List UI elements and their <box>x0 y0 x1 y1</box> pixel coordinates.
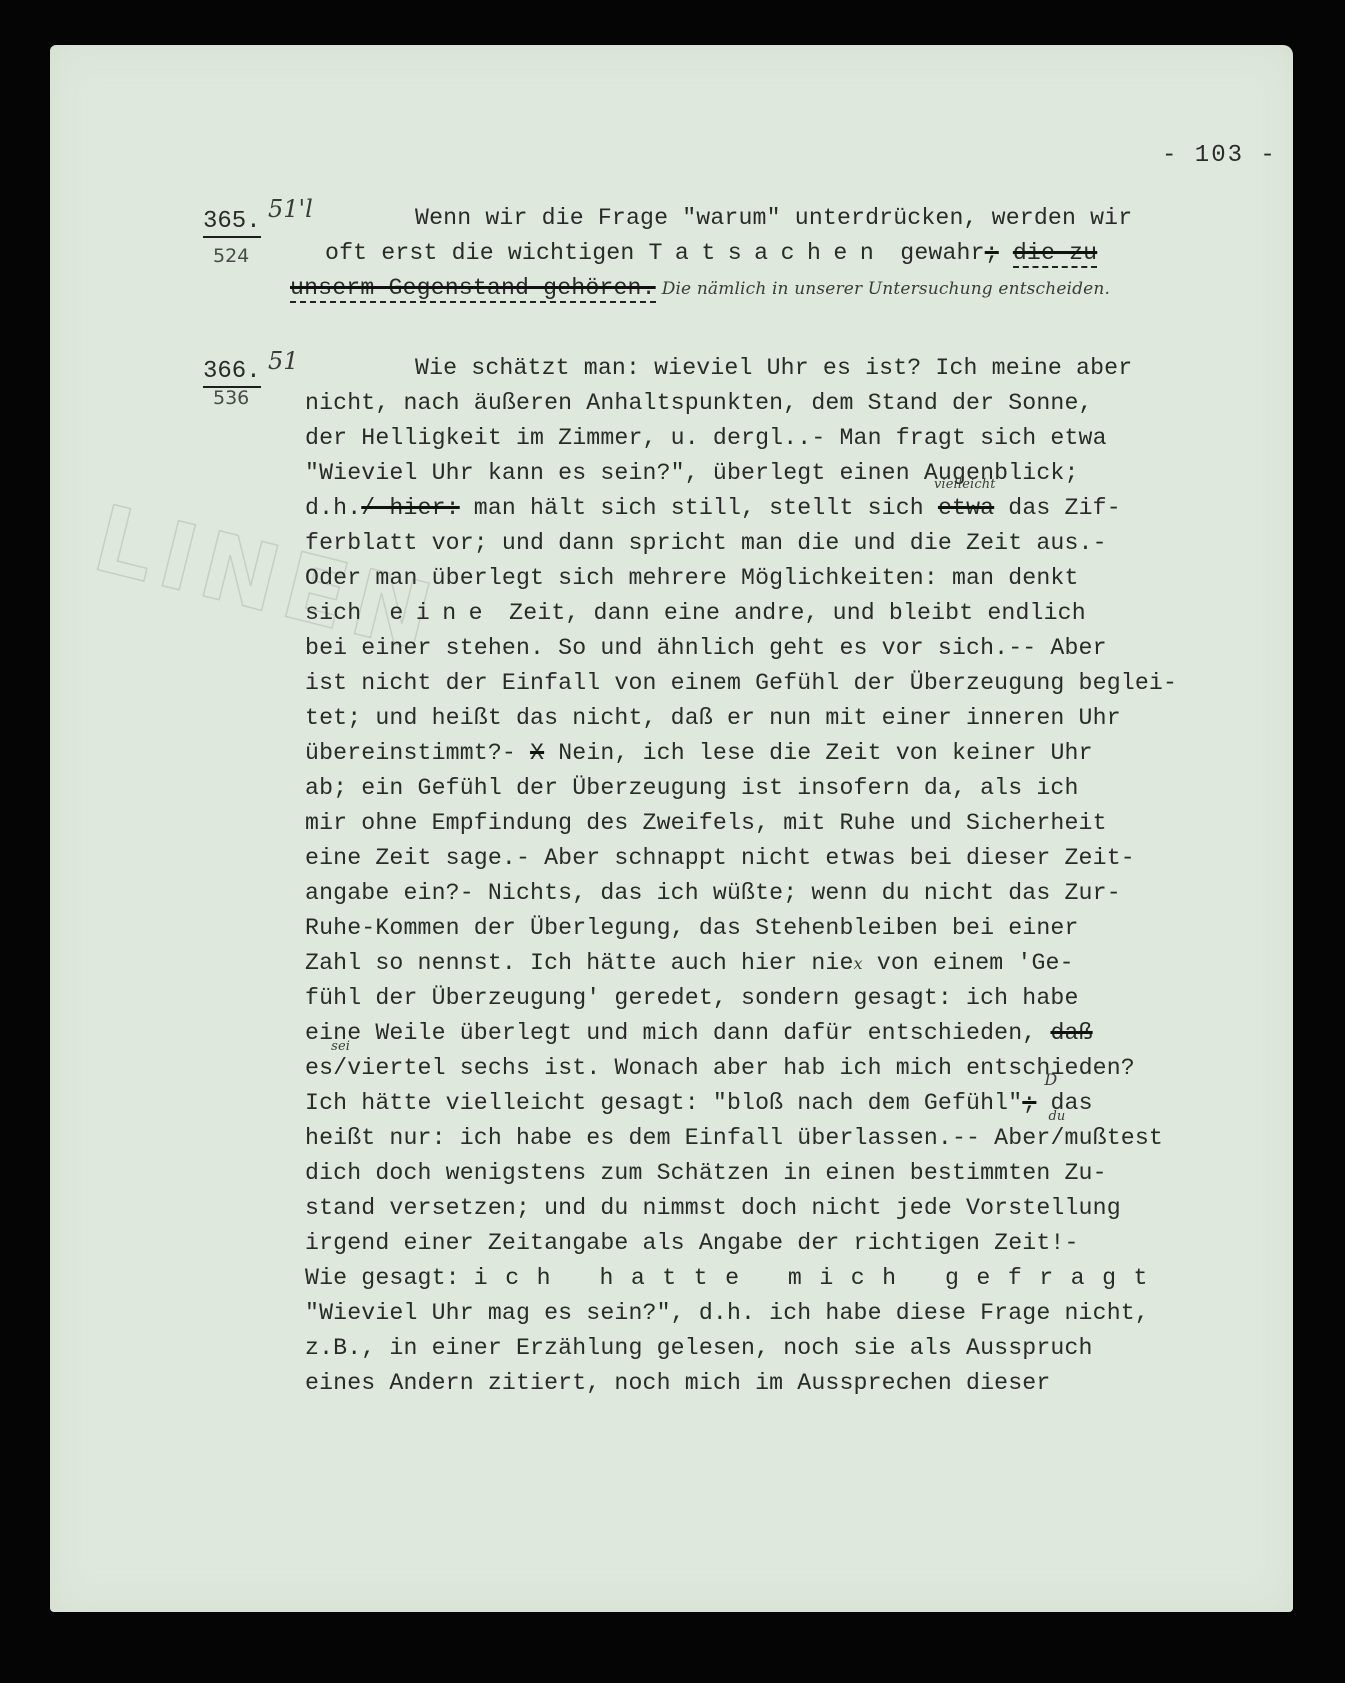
s366-line-7: Oder man überlegt sich mehrere Möglichke… <box>305 565 1079 591</box>
s366-line-14: mir ohne Empfindung des Zweifels, mit Ru… <box>305 810 1107 836</box>
page-number: - 103 - <box>1162 142 1277 169</box>
s366-line-9: bei einer stehen. So und ähnlich geht es… <box>305 635 1107 661</box>
s366-line-11: tet; und heißt das nicht, daß er nun mit… <box>305 705 1121 731</box>
s366-line-24: dich doch wenigstens zum Schätzen in ein… <box>305 1160 1107 1186</box>
s366-line-29: z.B., in einer Erzählung gelesen, noch s… <box>305 1335 1093 1361</box>
s366-line-20: eine Weile überlegt und mich dann dafür … <box>305 1020 1093 1046</box>
s366-line-27: Wie gesagt: ich hatte mich gefragt <box>305 1265 1165 1291</box>
s366-line-21: essei/viertel sechs ist. Wonach aber hab… <box>305 1055 1135 1081</box>
s366-line-15: eine Zeit sage.- Aber schnappt nicht etw… <box>305 845 1135 871</box>
handwritten-insert-vielleicht: vielleicht <box>934 477 996 492</box>
section-number-365: 365. <box>203 208 261 235</box>
s366-line-1: Wie schätzt man: wieviel Uhr es ist? Ich… <box>415 355 1132 381</box>
s366-line-5: d.h./ hier: man hält sich still, stellt … <box>305 495 1121 521</box>
s366-line-2: nicht, nach äußeren Anhaltspunkten, dem … <box>305 390 1093 416</box>
s366-line-23: heißt nur: ich habe es dem Einfall überl… <box>305 1125 1163 1151</box>
s366-line-19: fühl der Überzeugung' geredet, sondern g… <box>305 985 1079 1011</box>
s366-line-16: angabe ein?- Nichts, das ich wüßte; wenn… <box>305 880 1121 906</box>
document-page: LINEN - 103 - 365. 51'l 524 Wenn wir die… <box>50 45 1293 1612</box>
s366-line-3: der Helligkeit im Zimmer, u. dergl..- Ma… <box>305 425 1107 451</box>
section-365-line-1: Wenn wir die Frage "warum" unterdrücken,… <box>415 205 1132 231</box>
s366-line-26: irgend einer Zeitangabe als Angabe der r… <box>305 1230 1079 1256</box>
s366-line-22: Ich hätte vielleicht gesagt: "bloß nach … <box>305 1090 1093 1116</box>
s366-line-18: Zahl so nennst. Ich hätte auch hier niex… <box>305 950 1074 976</box>
s366-line-25: stand versetzen; und du nimmst doch nich… <box>305 1195 1121 1221</box>
s366-line-30: eines Andern zitiert, noch mich im Aussp… <box>305 1370 1050 1396</box>
margin-note-365-below: 524 <box>213 245 249 267</box>
s366-line-6: ferblatt vor; und dann spricht man die u… <box>305 530 1107 556</box>
s366-line-8: sich eine Zeit, dann eine andre, und ble… <box>305 600 1086 626</box>
s366-line-28: "Wieviel Uhr mag es sein?", d.h. ich hab… <box>305 1300 1149 1326</box>
section-365-line-3: unserm Gegenstand gehören.Die nämlich in… <box>290 275 1110 301</box>
margin-note-365-top: 51'l <box>268 195 313 223</box>
handwritten-insertion: Die nämlich in unserer Untersuchung ents… <box>662 279 1110 299</box>
s366-line-10: ist nicht der Einfall von einem Gefühl d… <box>305 670 1177 696</box>
section-365-line-2: oft erst die wichtigen Tatsachen gewahr;… <box>325 240 1097 266</box>
margin-note-366-top: 51 <box>268 347 299 375</box>
margin-note-366-below: 536 <box>213 387 249 409</box>
section-number-366: 366. <box>203 358 261 385</box>
s366-line-12: übereinstimmt?- X Nein, ich lese die Zei… <box>305 740 1093 766</box>
s366-line-13: ab; ein Gefühl der Überzeugung ist insof… <box>305 775 1079 801</box>
s366-line-17: Ruhe-Kommen der Überlegung, das Stehenbl… <box>305 915 1079 941</box>
